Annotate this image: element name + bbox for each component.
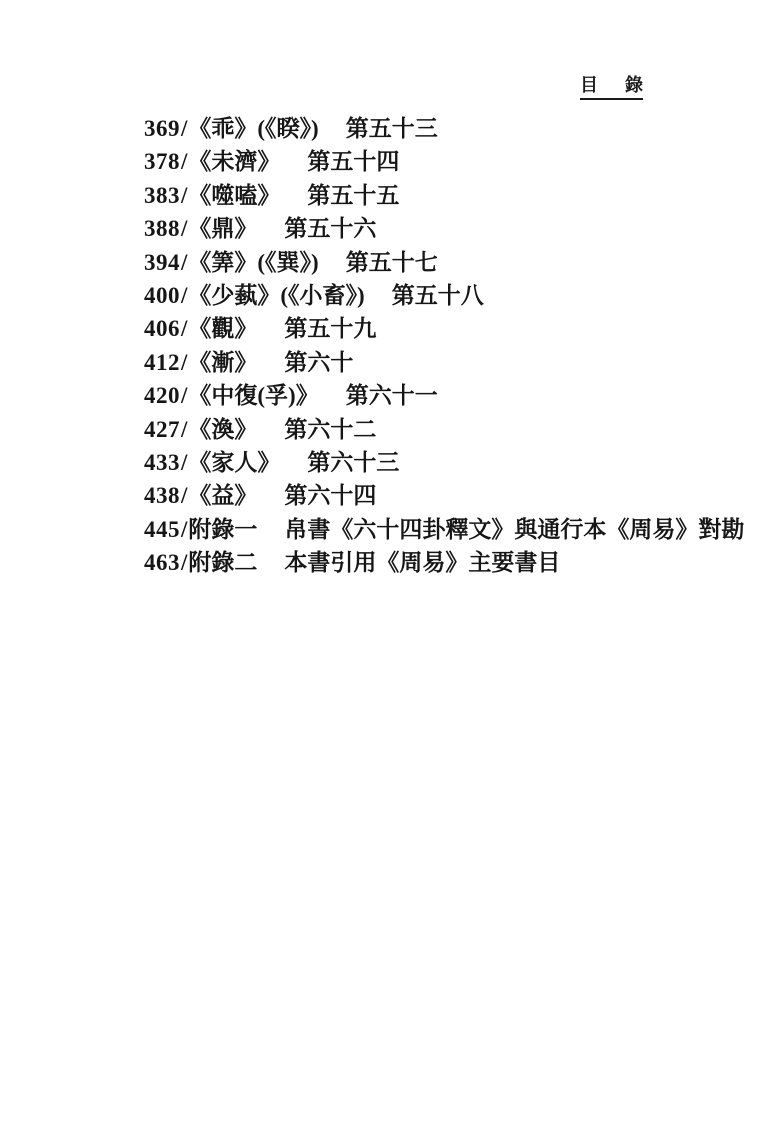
page-header: 目 錄	[580, 76, 643, 100]
toc-entry-title: 附錄二	[188, 550, 257, 575]
toc-entry: 427/《渙》第六十二	[144, 413, 734, 446]
toc-entry-page-number: 420	[144, 383, 180, 408]
toc-entry-title: 《家人》	[188, 450, 280, 475]
toc-entry-title: 《筭》(《巽》)	[188, 250, 318, 275]
toc-entry-section: 第五十六	[284, 216, 376, 241]
toc-entry-title: 《益》	[188, 483, 257, 508]
toc-entry-page-number: 463	[144, 550, 180, 575]
page-header-char-1: 目	[580, 76, 598, 94]
toc-entry: 383/《噬嗑》第五十五	[144, 179, 734, 212]
toc-entry: 438/《益》第六十四	[144, 479, 734, 512]
toc-entry-section: 第五十五	[307, 183, 399, 208]
toc-entry-title: 《鼎》	[188, 216, 257, 241]
toc-entry: 400/《少蓺》(《小畜》)第五十八	[144, 279, 734, 312]
toc-entry-title: 《觀》	[188, 316, 257, 341]
toc-entry-page-number: 400	[144, 283, 180, 308]
toc-entry-section: 本書引用《周易》主要書目	[284, 550, 560, 575]
toc-entry-section: 第五十四	[307, 149, 399, 174]
toc-entry-page-number: 369	[144, 116, 180, 141]
toc-entry-section: 第六十一	[346, 383, 438, 408]
toc-entry-page-number: 427	[144, 417, 180, 442]
toc-entry-page-number: 406	[144, 316, 180, 341]
toc-entry-section: 第五十三	[346, 116, 438, 141]
toc-entry-title: 《中復(孚)》	[188, 383, 318, 408]
toc-entry: 445/附錄一帛書《六十四卦釋文》與通行本《周易》對勘	[144, 513, 734, 546]
toc-entry-section: 第五十七	[346, 250, 438, 275]
toc-entry-page-number: 438	[144, 483, 180, 508]
toc-entry-page-number: 388	[144, 216, 180, 241]
toc-entry-title: 《乖》(《睽》)	[188, 116, 318, 141]
toc-entry-section: 第五十九	[284, 316, 376, 341]
toc-entry-title: 附錄一	[188, 517, 257, 542]
toc-entry: 433/《家人》第六十三	[144, 446, 734, 479]
scanned-book-page: 目 錄 369/《乖》(《睽》)第五十三378/《未濟》第五十四383/《噬嗑》…	[0, 0, 772, 1145]
toc-entry: 420/《中復(孚)》第六十一	[144, 379, 734, 412]
page-header-char-2: 錄	[625, 76, 643, 94]
toc-entry-page-number: 433	[144, 450, 180, 475]
toc-entry: 388/《鼎》第五十六	[144, 212, 734, 245]
toc-entry-title: 《未濟》	[188, 149, 280, 174]
toc-entry-section: 第五十八	[392, 283, 484, 308]
toc-entry-page-number: 445	[144, 517, 180, 542]
toc-entry: 394/《筭》(《巽》)第五十七	[144, 246, 734, 279]
toc-entry-title: 《少蓺》(《小畜》)	[188, 283, 364, 308]
toc-entry-page-number: 383	[144, 183, 180, 208]
toc-entry-page-number: 378	[144, 149, 180, 174]
toc-entry-title: 《渙》	[188, 417, 257, 442]
toc-entry-title: 《噬嗑》	[188, 183, 280, 208]
table-of-contents: 369/《乖》(《睽》)第五十三378/《未濟》第五十四383/《噬嗑》第五十五…	[144, 112, 734, 579]
toc-entry-section: 第六十	[284, 350, 353, 375]
toc-entry-section: 帛書《六十四卦釋文》與通行本《周易》對勘	[284, 517, 744, 542]
toc-entry: 378/《未濟》第五十四	[144, 145, 734, 178]
toc-entry-page-number: 412	[144, 350, 180, 375]
toc-entry-page-number: 394	[144, 250, 180, 275]
toc-entry-section: 第六十三	[307, 450, 399, 475]
toc-entry: 463/附錄二本書引用《周易》主要書目	[144, 546, 734, 579]
toc-entry: 406/《觀》第五十九	[144, 312, 734, 345]
toc-entry-section: 第六十二	[284, 417, 376, 442]
toc-entry-title: 《漸》	[188, 350, 257, 375]
toc-entry-section: 第六十四	[284, 483, 376, 508]
toc-entry: 412/《漸》第六十	[144, 346, 734, 379]
toc-entry: 369/《乖》(《睽》)第五十三	[144, 112, 734, 145]
